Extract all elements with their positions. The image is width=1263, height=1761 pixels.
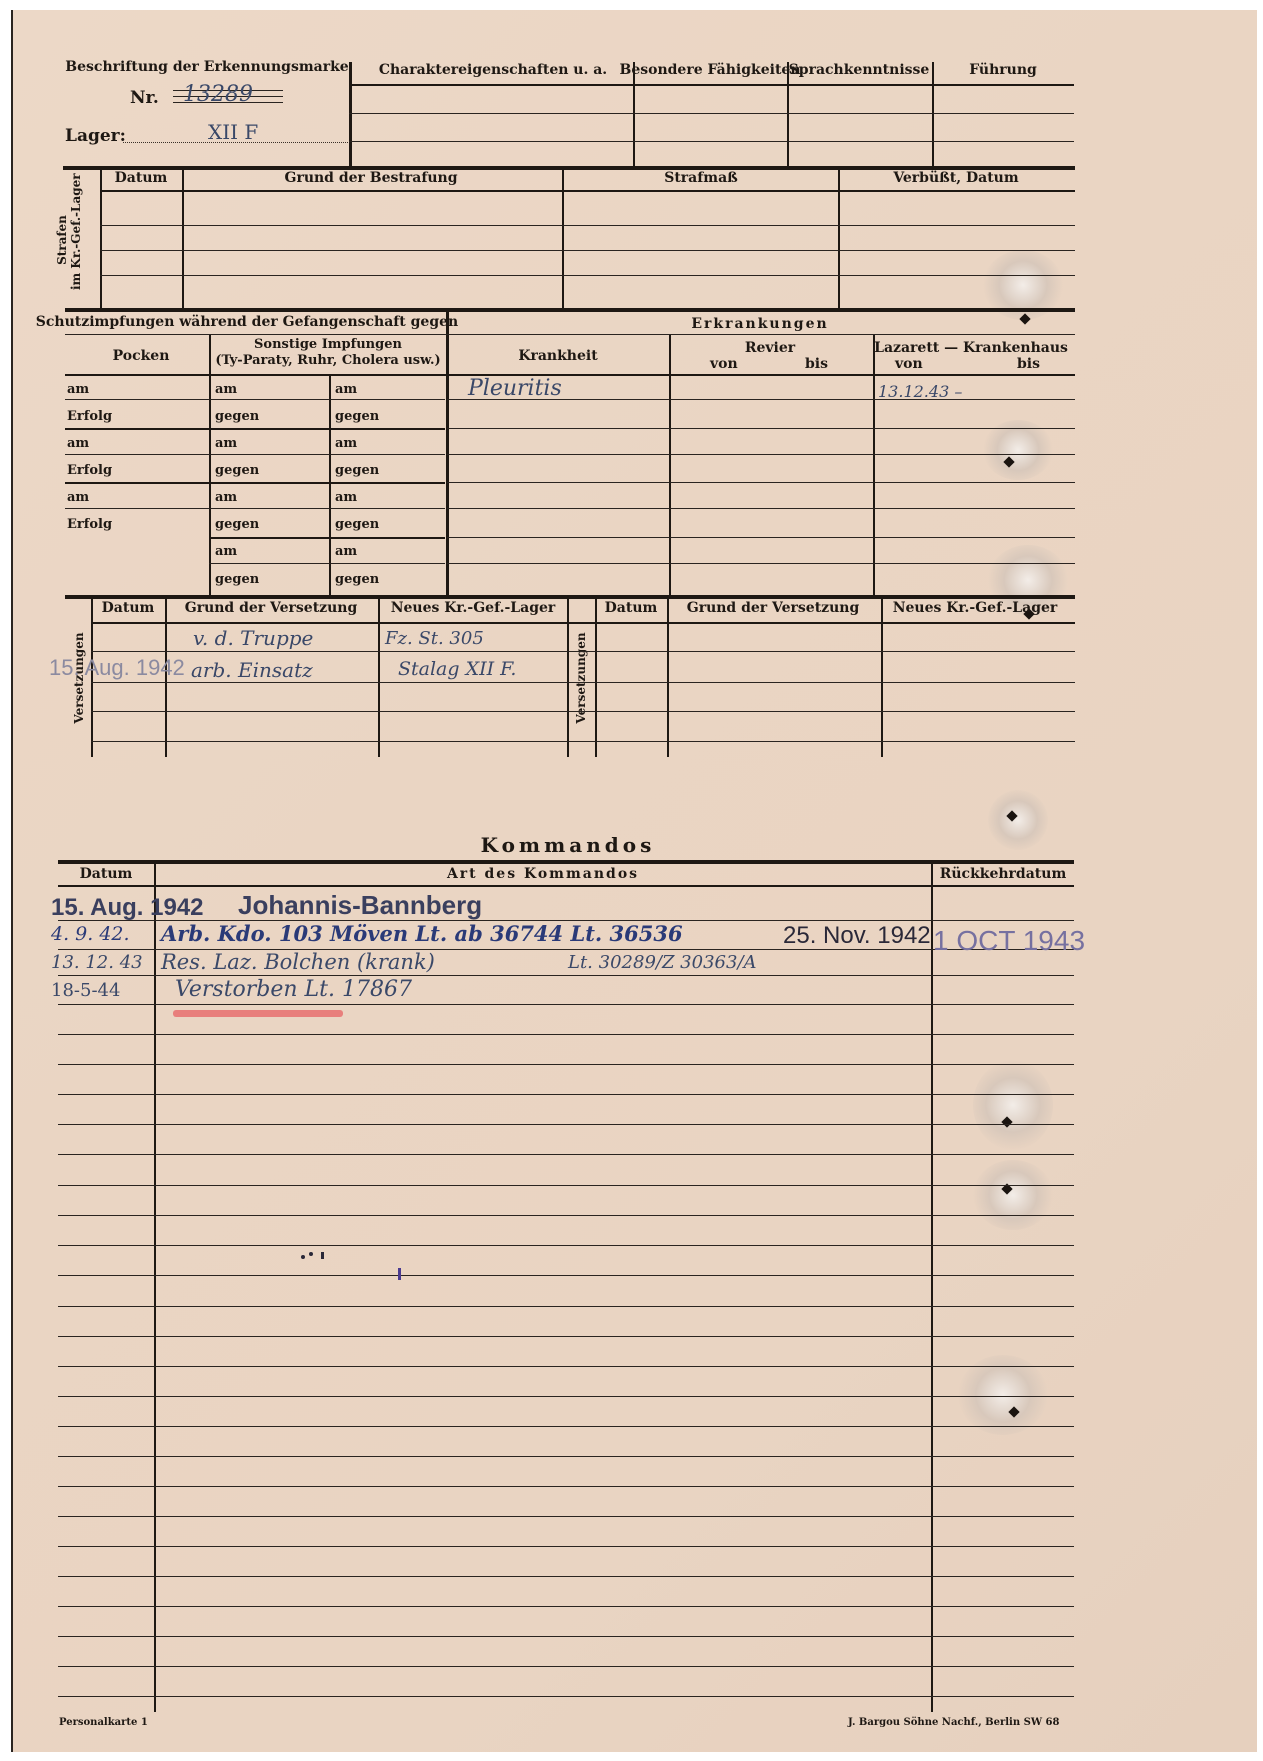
kdo-col-art: Art des Kommandos (447, 866, 639, 882)
sonstige-gegen: gegen (335, 517, 379, 532)
pocken-am: am (67, 436, 89, 451)
paper-damage (973, 1060, 1053, 1150)
paper-damage (988, 790, 1048, 850)
vers-col-grund: Grund der Versetzung (185, 600, 358, 616)
rule (58, 1034, 1074, 1035)
vers-col-datum: Datum (102, 600, 155, 616)
pocken-am: am (67, 382, 89, 397)
kdo-datum-2: 4. 9. 42. (51, 923, 130, 945)
kdo-datum-3: 13. 12. 43 (51, 952, 143, 973)
col-faehigkeiten: Besondere Fähigkeiten (619, 62, 800, 78)
divider (562, 168, 564, 308)
kdo-datum-4: 18-5-44 (51, 980, 120, 1001)
rule (209, 563, 445, 564)
pocken-erfolg: Erfolg (67, 409, 112, 424)
vers-lager-1: Fz. St. 305 (385, 628, 484, 649)
rule (58, 1094, 1074, 1095)
sonstige-gegen: gegen (335, 409, 379, 424)
rule (58, 1396, 1074, 1397)
revier-bis: bis (805, 356, 828, 372)
rule (100, 275, 1075, 276)
rule (58, 1275, 1074, 1276)
rule (58, 1215, 1074, 1216)
rule (58, 885, 1074, 887)
pocken-erfolg: Erfolg (67, 463, 112, 478)
vers-col-lager: Neues Kr.-Gef.-Lager (391, 600, 556, 616)
sonstige-am: am (335, 490, 357, 505)
divider (595, 597, 597, 757)
ink-mark (321, 1252, 324, 1259)
rule (65, 428, 445, 430)
kdo-stamp-date-2: 25. Nov. 1942 (783, 922, 931, 950)
rule (58, 1366, 1074, 1367)
col-revier: Revier (745, 340, 795, 356)
col-sonstige: Sonstige Impfungen (254, 337, 402, 352)
rule (58, 1004, 1074, 1005)
rule (65, 334, 1075, 335)
vers-grund-1: v. d. Truppe (193, 626, 313, 650)
rule (447, 563, 1075, 564)
divider (100, 168, 102, 308)
rule (349, 84, 1074, 86)
divider (154, 862, 156, 1712)
col-datum: Datum (115, 170, 168, 186)
divider (567, 597, 569, 757)
col-strafmass: Strafmaß (664, 170, 738, 186)
kdo-art-3: Res. Laz. Bolchen (krank) (161, 950, 435, 974)
impfungen-title: Schutzimpfungen während der Gefangenscha… (36, 314, 458, 330)
revier-von: von (710, 356, 738, 372)
rule (349, 141, 1074, 142)
rule (447, 482, 1075, 483)
col-grund: Grund der Bestrafung (284, 170, 457, 186)
kdo-art-2: Arb. Kdo. 103 Möven Lt. ab 36744 Lt. 365… (161, 921, 683, 946)
divider (881, 597, 883, 757)
strafen-label-2: im Kr.-Gef.-Lager (69, 173, 83, 290)
divider (182, 168, 184, 308)
ink-mark (301, 1255, 305, 1259)
rule (447, 537, 1075, 538)
rule (58, 1185, 1074, 1186)
footer-printer: J. Bargou Söhne Nachf., Berlin SW 68 (848, 1717, 1059, 1728)
nr-label: Nr. (130, 88, 159, 108)
rule (91, 622, 1075, 624)
personal-card: Beschriftung der Erkennungsmarke Nr. 132… (11, 10, 1257, 1752)
sonstige-am: am (215, 436, 237, 451)
rule (100, 225, 1075, 226)
strafen-label-1: Strafen (55, 215, 69, 265)
rule (58, 1546, 1074, 1547)
rule (65, 454, 445, 455)
kdo-stamp-art-1: Johannis-Bannberg (238, 890, 482, 921)
divider (378, 597, 380, 757)
sonstige-am: am (215, 544, 237, 559)
rule (65, 308, 1075, 312)
vers-col-lager-2: Neues Kr.-Gef.-Lager (893, 600, 1058, 616)
versetzungen-side-label-right: Versetzungen (574, 623, 590, 733)
rule (91, 682, 1075, 683)
rule (58, 1426, 1074, 1427)
col-sonstige-sub: (Ty-Paraty, Ruhr, Cholera usw.) (215, 353, 440, 368)
rule (100, 190, 1075, 192)
rule (58, 1124, 1074, 1125)
kdo-stamp-date-1: 15. Aug. 1942 (51, 894, 204, 922)
rule (447, 428, 1075, 429)
col-pocken: Pocken (113, 348, 170, 364)
sonstige-am: am (335, 544, 357, 559)
vers-col-datum-2: Datum (605, 600, 658, 616)
rule (447, 454, 1075, 455)
pocken-erfolg: Erfolg (67, 517, 112, 532)
rule (58, 1666, 1074, 1667)
nr-value: 13289 (183, 82, 253, 107)
rule (65, 508, 445, 509)
sonstige-gegen: gegen (215, 409, 259, 424)
divider (446, 310, 449, 595)
lager-label: Lager: (65, 126, 126, 146)
rule (58, 1696, 1074, 1697)
col-charakter: Charaktereigenschaften u. a. (379, 62, 607, 78)
col-lazarett: Lazarett — Krankenhaus (874, 340, 1068, 356)
pocken-am: am (67, 490, 89, 505)
sonstige-gegen: gegen (215, 517, 259, 532)
vers-col-grund-2: Grund der Versetzung (687, 600, 860, 616)
kdo-col-datum: Datum (80, 866, 133, 882)
col-sprachen: Sprachkenntnisse (789, 62, 930, 78)
rule (65, 374, 1075, 376)
paper-damage (983, 420, 1053, 480)
divider (932, 62, 934, 166)
paper-damage (973, 1160, 1053, 1230)
sonstige-am: am (335, 436, 357, 451)
rule (58, 1154, 1074, 1155)
strafen-side-label: Strafen im Kr.-Gef.-Lager (55, 190, 85, 290)
vers-lager-2: Stalag XII F. (398, 658, 516, 680)
sonstige-gegen: gegen (335, 572, 379, 587)
divider (349, 62, 352, 166)
lazarett-von-entry: 13.12.43 – (878, 382, 962, 401)
rule (91, 741, 1075, 742)
kdo-art-4: Verstorben Lt. 17867 (175, 977, 412, 1002)
tag-title: Beschriftung der Erkennungsmarke (65, 59, 348, 75)
vers-datum-stamp: 15. Aug. 1942 (49, 655, 185, 681)
rule (100, 250, 1075, 251)
rule (58, 975, 1074, 976)
divider (838, 168, 840, 308)
sonstige-am: am (335, 382, 357, 397)
col-verbuesst: Verbüßt, Datum (893, 170, 1018, 186)
kdo-extra-3: Lt. 30289/Z 30363/A (568, 952, 757, 973)
rule (58, 1306, 1074, 1307)
footer-form-name: Personalkarte 1 (59, 1717, 148, 1728)
rule (58, 1576, 1074, 1577)
ink-mark (309, 1252, 313, 1256)
sonstige-gegen: gegen (215, 572, 259, 587)
rule (58, 1636, 1074, 1637)
divider (329, 375, 331, 595)
rule (65, 595, 1075, 599)
rule (447, 508, 1075, 509)
kdo-rueckkehr-stamp: 1 OCT 1943 (933, 925, 1085, 957)
rule (58, 1606, 1074, 1607)
lager-value: XII F (208, 120, 258, 144)
red-pencil-underline (173, 1010, 343, 1017)
sonstige-am: am (215, 382, 237, 397)
rule (209, 537, 445, 539)
kommandos-title: Kommandos (481, 833, 656, 857)
kdo-col-rueckkehr: Rückkehrdatum (940, 866, 1067, 882)
rule (91, 711, 1075, 712)
paper-damage (958, 1355, 1048, 1435)
krankheit-entry: Pleuritis (468, 376, 562, 401)
lazarett-von: von (895, 356, 923, 372)
rule (58, 1516, 1074, 1517)
lazarett-bis: bis (1017, 356, 1040, 372)
sonstige-gegen: gegen (335, 463, 379, 478)
sonstige-am: am (215, 490, 237, 505)
sonstige-gegen: gegen (215, 463, 259, 478)
rule (91, 651, 1075, 652)
ink-mark (398, 1268, 401, 1280)
rule (349, 113, 1074, 114)
vers-grund-2: arb. Einsatz (191, 658, 313, 682)
divider (667, 597, 669, 757)
rule (58, 1486, 1074, 1487)
rule (65, 399, 445, 400)
erkrankungen-title: Erkrankungen (691, 316, 828, 332)
col-fuehrung: Führung (969, 62, 1037, 78)
rule (58, 1456, 1074, 1457)
rule (58, 1245, 1074, 1246)
col-krankheit: Krankheit (518, 348, 597, 364)
divider (931, 862, 933, 1712)
rule (58, 860, 1074, 864)
rule (58, 1064, 1074, 1065)
rule (65, 482, 445, 484)
rule (58, 1336, 1074, 1337)
